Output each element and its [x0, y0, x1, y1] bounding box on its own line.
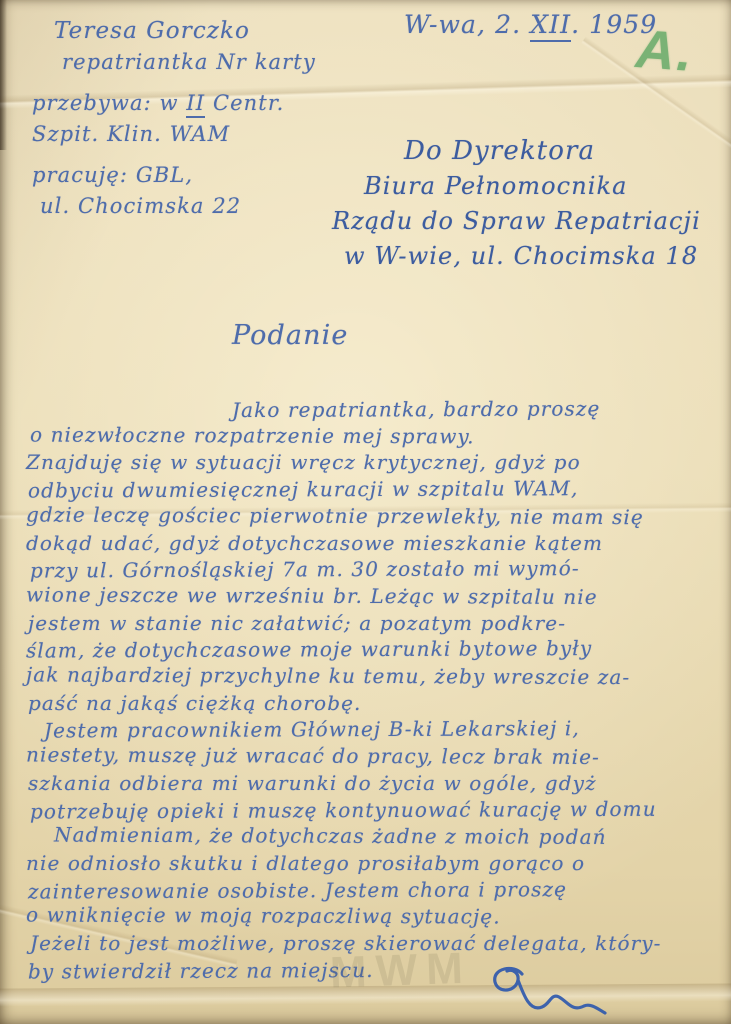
body-line: Jestem pracownikiem Głównej B-ki Lekarsk… [44, 715, 726, 745]
sender-work-address: ul. Chocimska 22 [40, 191, 316, 222]
body-line: Nadmieniam, że dotychczas żadne z moich … [54, 822, 726, 852]
recipient-line: Biura Pełnomocnika [364, 169, 701, 204]
body-line: potrzebuję opieki i muszę kontynuować ku… [30, 795, 726, 825]
body-line: o niezwłoczne rozpatrzenie mej sprawy. [30, 421, 726, 451]
letter-title: Podanie [232, 320, 348, 351]
body-lines: Jako repatriantka, bardzo proszęo niezwł… [26, 396, 726, 983]
body-line: gdzie leczę gościec pierwotnie przewlekł… [26, 501, 726, 531]
body-line: dokąd udać, gdyż dotychczasowe mieszkani… [26, 530, 726, 557]
recipient-block: Do Dyrektora Biura Pełnomocnika Rządu do… [332, 134, 701, 274]
archive-mark-a: A. [634, 18, 696, 84]
scanned-letter-page: Teresa Gorczko repatriantka Nr karty prz… [0, 0, 731, 1024]
date-line: W-wa, 2. XII. 1959 [404, 10, 657, 39]
sender-hospital: Szpit. Klin. WAM [32, 119, 316, 150]
body-line: niestety, muszę już wracać do pracy, lec… [26, 742, 726, 772]
body-line: jak najbardziej przychylne ku temu, żeby… [26, 662, 726, 692]
body-line: Znajduję się w sytuacji wręcz krytycznej… [26, 449, 726, 476]
sender-block: Teresa Gorczko repatriantka Nr karty prz… [32, 16, 316, 222]
body-line: o wniknięcie w moją rozpaczliwą sytuację… [26, 902, 726, 932]
body-line: nie odniosło skutku i dlatego prosiłabym… [26, 850, 726, 877]
scan-edge-shadow [0, 0, 7, 150]
recipient-line: Do Dyrektora [404, 134, 701, 169]
sender-stay-suffix: Centr. [205, 91, 284, 115]
faint-stamp-watermark: MWM [329, 944, 473, 999]
sender-stay-line: przebywa: w II Centr. [32, 88, 316, 119]
recipient-line: w W-wie, ul. Chocimska 18 [344, 239, 701, 274]
sender-work: pracuję: GBL, [32, 160, 316, 191]
body-line: Jako repatriantka, bardzo proszę [232, 395, 726, 424]
sender-stay-prefix: przebywa: w [32, 91, 186, 115]
recipient-line: Rządu do Spraw Repatriacji [332, 204, 701, 239]
body-line: wione jeszcze we wrześniu br. Leżąc w sz… [26, 581, 726, 611]
body-line: odbyciu dwumiesięcznej kuracji w szpital… [28, 475, 726, 505]
date-prefix: W-wa, 2. [404, 10, 530, 39]
signature-flourish-icon [478, 962, 610, 1022]
body-line: szkania odbiera mi warunki do życia w og… [28, 770, 726, 797]
sender-role: repatriantka Nr karty [62, 47, 316, 78]
body-line: przy ul. Górnośląskiej 7a m. 30 zostało … [30, 555, 726, 585]
body-line: jestem w stanie nic załatwić; a pozatym … [28, 610, 726, 637]
date-month-roman: XII [530, 10, 571, 42]
body-line: ślam, że dotychczasowe moje warunki byto… [26, 635, 726, 665]
body-line: paść na jakąś ciężką chorobę. [28, 690, 726, 717]
sender-stay-roman: II [186, 91, 205, 118]
body-line: zainteresowanie osobiste. Jestem chora i… [28, 875, 726, 905]
sender-name: Teresa Gorczko [54, 16, 316, 47]
